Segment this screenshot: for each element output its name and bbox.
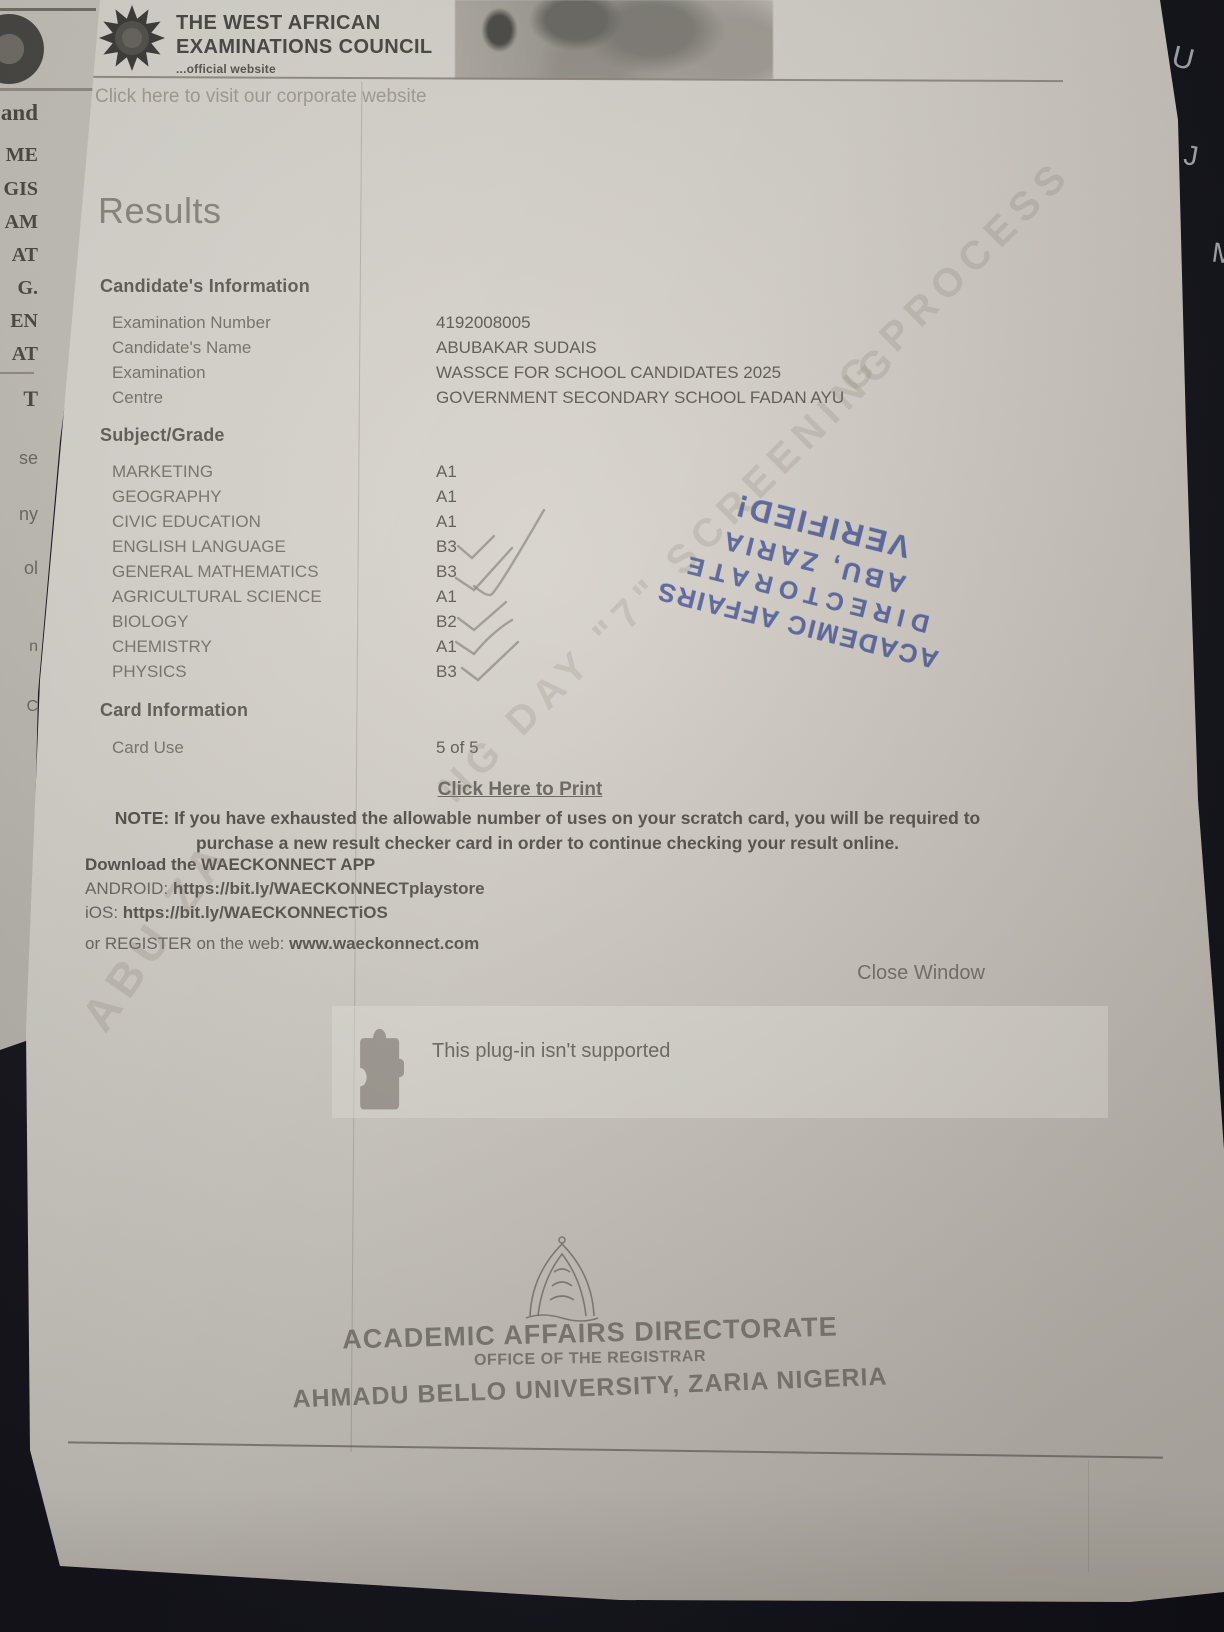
info-label: Examination (112, 363, 436, 383)
page-fragment: n (0, 638, 38, 656)
info-value: 4192008005 (436, 313, 531, 332)
keyboard-key-u: U (1168, 40, 1197, 78)
candidate-info-heading: Candidate's Information (100, 276, 310, 297)
card-info-heading: Card Information (100, 700, 248, 721)
subject-name: GEOGRAPHY (112, 487, 436, 507)
graduate-photo (455, 0, 773, 79)
brand-line1: THE WEST AFRICAN (176, 12, 381, 35)
page-fragment: AM (0, 211, 38, 234)
brand-line2: EXAMINATIONS COUNCIL (176, 36, 433, 59)
subject-name: CIVIC EDUCATION (112, 512, 436, 532)
info-row: Candidate's NameABUBAKAR SUDAIS (112, 338, 597, 358)
info-value: ABUBAKAR SUDAIS (436, 338, 597, 357)
subject-name: GENERAL MATHEMATICS (112, 562, 436, 582)
subject-name: BIOLOGY (112, 612, 436, 632)
info-value: GOVERNMENT SECONDARY SCHOOL FADAN AYU (436, 388, 844, 407)
info-row: CentreGOVERNMENT SECONDARY SCHOOL FADAN … (112, 388, 844, 408)
android-link-line: ANDROID: https://bit.ly/WAECKONNECTplays… (85, 879, 485, 899)
page-fragment: ol (0, 558, 38, 579)
info-row: ExaminationWASSCE FOR SCHOOL CANDIDATES … (112, 363, 781, 383)
ios-link-line: iOS: https://bit.ly/WAECKONNECTiOS (85, 903, 388, 923)
note-text: NOTE: If you have exhausted the allowabl… (95, 806, 1000, 857)
subject-row: ENGLISH LANGUAGEB3 (112, 537, 457, 557)
abu-emblem (518, 1232, 606, 1324)
subject-name: CHEMISTRY (112, 637, 436, 657)
subject-row: GEOGRAPHYA1 (112, 487, 457, 507)
page-fragment: C (0, 698, 38, 716)
close-window-link[interactable]: Close Window (820, 962, 985, 985)
keyboard-key-j: J (1181, 139, 1200, 173)
subject-grade: A1 (436, 462, 457, 481)
card-use-label: Card Use (112, 738, 436, 758)
subject-row: MARKETINGA1 (112, 462, 457, 482)
subject-row: AGRICULTURAL SCIENCEA1 (112, 587, 457, 607)
page-fragment: T (0, 386, 38, 412)
page-fragment: and (0, 100, 38, 126)
page-fragment: EN (0, 310, 38, 333)
info-label: Centre (112, 388, 436, 408)
bottom-divider (68, 1441, 1163, 1458)
info-value: WASSCE FOR SCHOOL CANDIDATES 2025 (436, 363, 781, 382)
page-fragment: GIS (0, 178, 38, 201)
page-fragment: AT (0, 244, 38, 267)
subject-row: CHEMISTRYA1 (112, 637, 457, 657)
subject-row: GENERAL MATHEMATICSB3 (112, 562, 457, 582)
verification-stamp: ACADEMIC AFFAIRS DIRECTORATE ABU, ZARIA … (630, 466, 989, 681)
keyboard-key-m: M (1210, 237, 1224, 272)
waec-logo (99, 5, 165, 71)
subject-row: BIOLOGYB2 (112, 612, 457, 632)
result-printout-page: THE WEST AFRICAN EXAMINATIONS COUNCIL ..… (0, 0, 1224, 1632)
subject-name: PHYSICS (112, 662, 436, 682)
page-fragment: ME (0, 144, 38, 167)
underlying-waec-logo (0, 14, 44, 84)
watermark-text: G PROCESS (830, 151, 1081, 402)
plugin-message: This plug-in isn't supported (432, 1040, 670, 1063)
card-use-row: Card Use5 of 5 (112, 738, 479, 758)
subject-name: MARKETING (112, 462, 436, 482)
page-fragment: G. (0, 277, 38, 300)
ios-label: iOS: (85, 903, 123, 922)
subject-row: PHYSICSB3 (112, 662, 457, 682)
info-label: Examination Number (112, 313, 436, 333)
subject-name: AGRICULTURAL SCIENCE (112, 587, 436, 607)
note-line1: NOTE: If you have exhausted the allowabl… (95, 806, 1000, 831)
page-fragment: se (0, 448, 38, 469)
register-url[interactable]: www.waeckonnect.com (289, 934, 479, 953)
page-title: Results (98, 190, 222, 232)
corporate-website-link[interactable]: Click here to visit our corporate websit… (95, 86, 427, 108)
brand-tagline: ...official website (176, 62, 276, 76)
page-fragment: AT (0, 343, 38, 366)
page-fragment: ny (0, 504, 38, 525)
info-label: Candidate's Name (112, 338, 436, 358)
info-row: Examination Number4192008005 (112, 313, 531, 333)
subject-name: ENGLISH LANGUAGE (112, 537, 436, 557)
subject-grade-heading: Subject/Grade (100, 425, 225, 446)
subject-row: CIVIC EDUCATIONA1 (112, 512, 457, 532)
puzzle-piece-icon (352, 1022, 404, 1114)
photo-of-result-printout: U J M and ME GIS AM AT G. EN AT T se ny … (0, 0, 1224, 1632)
